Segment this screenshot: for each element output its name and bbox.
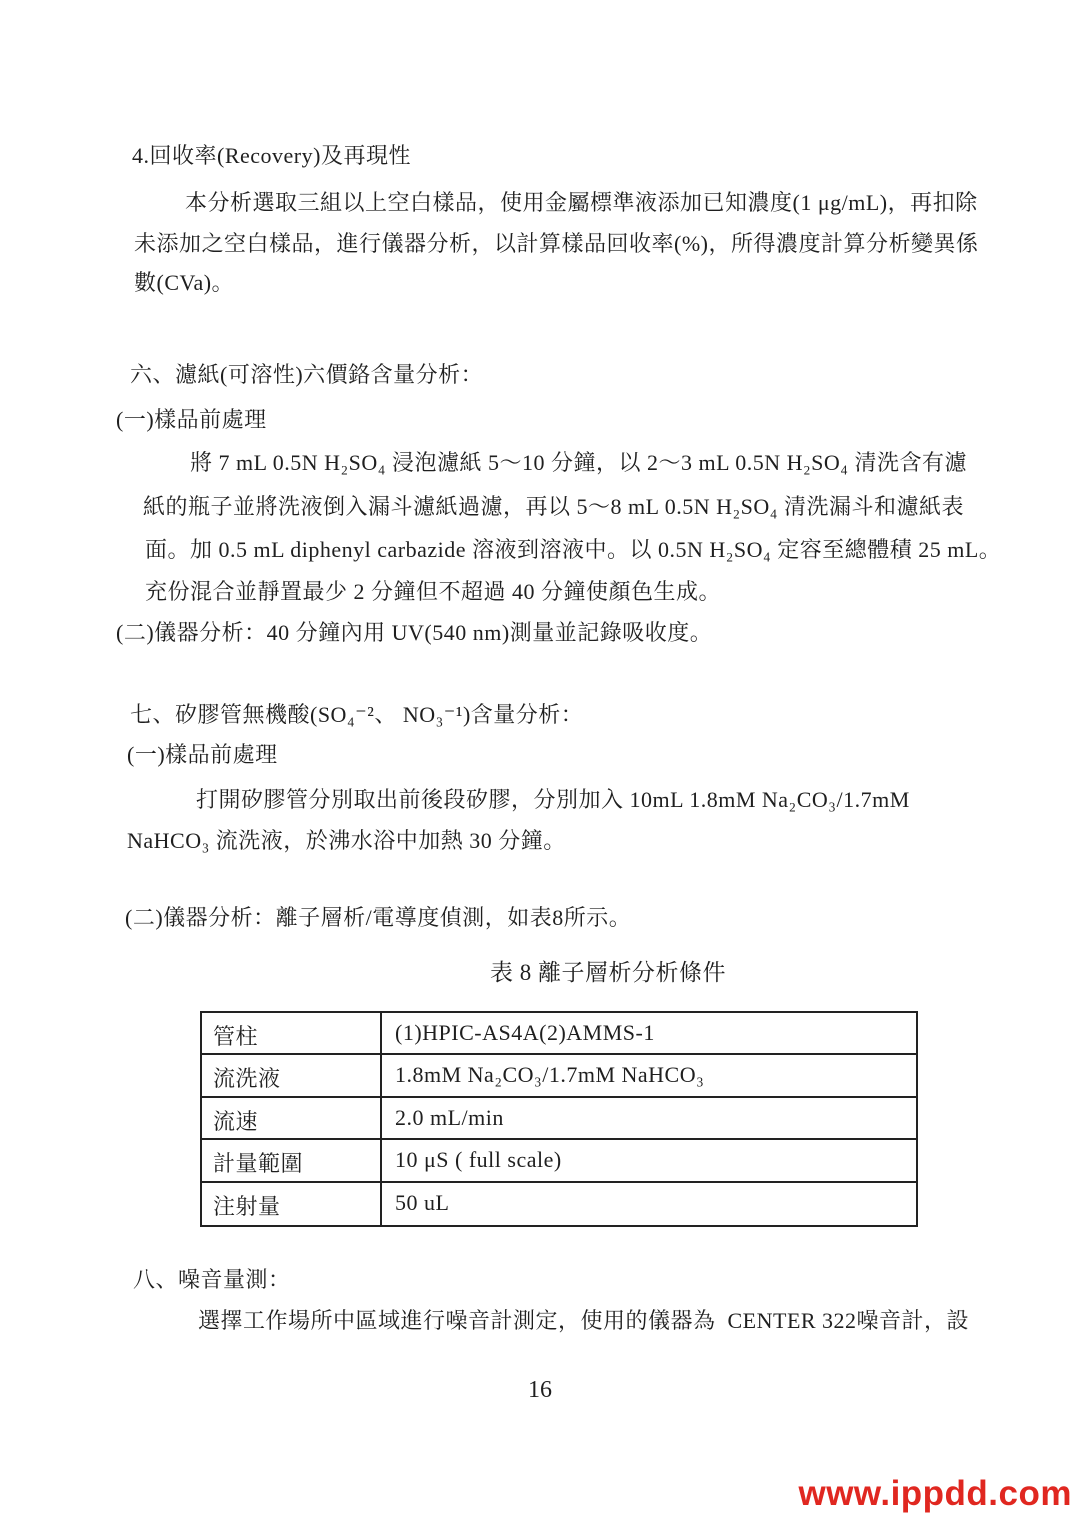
table8-caption: 表 8 離子層析分析條件 [490,960,726,986]
table-cell-value: (1)HPIC-AS4A(2)AMMS-1 [382,1013,916,1053]
table-row: 計量範圍 10 μS ( full scale) [202,1140,916,1182]
table-cell-label: 流洗液 [202,1055,382,1095]
table-cell-value: 1.8mM Na₂CO₃/1.7mM NaHCO₃ [382,1055,916,1095]
table-cell-label: 計量範圍 [202,1140,382,1180]
section7-sub1: (一)樣品前處理 [127,742,278,768]
section6-sub2: (二)儀器分析：40 分鐘內用 UV(540 nm)測量並記錄吸收度。 [116,620,712,646]
section7-heading: 七、矽膠管無機酸(SO₄⁻²、 NO₃⁻¹)含量分析： [130,702,583,728]
paragraph-line: 面。加 0.5 mL diphenyl carbazide 溶液到溶液中。以 0… [145,537,1001,563]
paragraph-line: 數(CVa)。 [134,270,234,296]
paragraph-line: 充份混合並靜置最少 2 分鐘但不超過 40 分鐘使顏色生成。 [145,579,721,605]
paragraph-line: 打開矽膠管分別取出前後段矽膠，分別加入 10mL 1.8mM Na₂CO₃/1.… [196,787,910,813]
section8-heading: 八、噪音量測： [133,1267,291,1293]
section6-sub1: (一)樣品前處理 [116,407,267,433]
page-number: 16 [0,1377,1080,1404]
table-cell-value: 50 uL [382,1183,916,1225]
paragraph-line: NaHCO₃ 流洗液，於沸水浴中加熱 30 分鐘。 [127,828,566,854]
paragraph-line: 選擇工作場所中區域進行噪音計測定，使用的儀器為 CENTER 322噪音計，設 [198,1308,969,1334]
paragraph-line: 未添加之空白樣品，進行儀器分析，以計算樣品回收率(%)，所得濃度計算分析變異係 [134,231,978,257]
table-row: 管柱 (1)HPIC-AS4A(2)AMMS-1 [202,1013,916,1055]
watermark-text: www.ippdd.com [798,1474,1072,1514]
table-cell-label: 流速 [202,1098,382,1138]
table-row: 流速 2.0 mL/min [202,1098,916,1140]
document-page: 4.回收率(Recovery)及再現性 本分析選取三組以上空白樣品，使用金屬標準… [0,0,1080,1527]
section7-sub2: (二)儀器分析：離子層析/電導度偵測，如表8所示。 [125,905,631,931]
paragraph-line: 紙的瓶子並將洗液倒入漏斗濾紙過濾，再以 5～8 mL 0.5N H₂SO₄ 清洗… [143,494,964,520]
table-cell-value: 10 μS ( full scale) [382,1140,916,1180]
table-cell-label: 注射量 [202,1183,382,1225]
table-row: 流洗液 1.8mM Na₂CO₃/1.7mM NaHCO₃ [202,1055,916,1097]
table-row: 注射量 50 uL [202,1183,916,1225]
table-cell-label: 管柱 [202,1013,382,1053]
section6-heading: 六、濾紙(可溶性)六價鉻含量分析： [130,362,483,388]
paragraph-line: 將 7 mL 0.5N H₂SO₄ 浸泡濾紙 5～10 分鐘，以 2～3 mL … [190,450,967,476]
paragraph-line: 本分析選取三組以上空白樣品，使用金屬標準液添加已知濃度(1 μg/mL)，再扣除 [185,190,978,216]
section4-title: 4.回收率(Recovery)及再現性 [132,143,411,169]
table-cell-value: 2.0 mL/min [382,1098,916,1138]
table8-analysis-conditions: 管柱 (1)HPIC-AS4A(2)AMMS-1 流洗液 1.8mM Na₂CO… [200,1011,918,1227]
